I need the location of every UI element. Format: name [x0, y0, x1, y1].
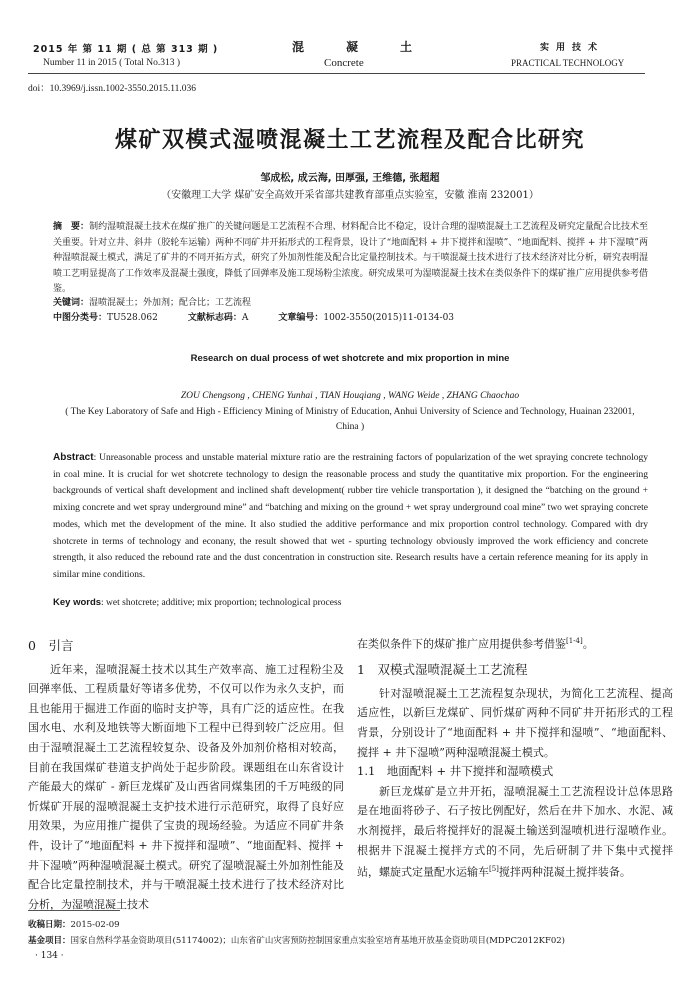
affiliation-zh: （安徽理工大学 煤矿安全高效开采省部共建教育部重点实验室，安徽 淮南 23200…	[0, 186, 700, 201]
citation-ref: [1-4]	[566, 637, 583, 645]
received-value: 2015-02-09	[71, 920, 120, 930]
section-1-1-text-end: 搅拌两种混凝土搅拌装备。	[499, 866, 631, 879]
keywords-en-label: Key words	[53, 597, 101, 608]
doc-code: 文献标志码：A	[188, 310, 249, 323]
intro-cont-text: 在类似条件下的煤矿推广应用提供参考借鉴	[357, 638, 566, 651]
body-left-column: 0 引言 近年来，湿喷混凝土技术以其生产效率高、施工过程粉尘及回弹率低、工程质量…	[28, 636, 344, 914]
section-1-1-text: 新巨龙煤矿是立井开拓，湿喷混凝土工艺流程设计总体思路是在地面将砂子、石子按比例配…	[357, 785, 673, 879]
journal-char: 混	[292, 38, 304, 55]
article-no-label: 文章编号：	[278, 313, 323, 323]
issue-zh: 2015 年 第 11 期 ( 总 第 313 期 )	[33, 41, 218, 55]
issue-en: Number 11 in 2015 ( Total No.313 )	[43, 58, 180, 68]
received-date: 收稿日期：2015-02-09	[28, 918, 120, 930]
fund-label: 基金项目：	[28, 936, 71, 946]
fund-project: 基金项目：国家自然科学基金资助项目(51174002)；山东省矿山灾害预防控制国…	[28, 934, 565, 946]
fund-value: 国家自然科学基金资助项目(51174002)；山东省矿山灾害预防控制国家重点实验…	[71, 936, 565, 946]
abstract-zh: 摘 要：制约湿喷混凝土技术在煤矿推广的关键问题是工艺流程不合理、材料配合比不稳定…	[53, 220, 648, 298]
keywords-zh-label: 关键词：	[53, 298, 89, 308]
article-no: 文章编号：1002-3550(2015)11-0134-03	[278, 310, 454, 323]
intro-paragraph: 近年来，湿喷混凝土技术以其生产效率高、施工过程粉尘及回弹率低、工程质量好等诸多优…	[28, 660, 344, 915]
abstract-en: Abstract: Unreasonable process and unsta…	[53, 450, 648, 584]
clc-label: 中图分类号：	[53, 313, 107, 323]
doi: doi：10.3969/j.issn.1002-3550.2015.11.036	[28, 80, 196, 94]
received-label: 收稿日期：	[28, 920, 71, 930]
keywords-zh-text: 湿喷混凝土；外加剂；配合比；工艺流程	[89, 298, 251, 308]
keywords-zh: 关键词：湿喷混凝土；外加剂；配合比；工艺流程	[53, 295, 251, 308]
paper-title-en: Research on dual process of wet shotcret…	[0, 353, 700, 364]
keywords-en: Key words: wet shotcrete; additive; mix …	[53, 597, 341, 608]
body-right-column: 在类似条件下的煤矿推广应用提供参考借鉴[1-4]。 1 双模式湿喷混凝土工艺流程…	[357, 632, 673, 882]
paper-title-zh: 煤矿双模式湿喷混凝土工艺流程及配合比研究	[0, 123, 700, 154]
section-1-paragraph: 针对湿喷混凝土工艺流程复杂现状，为简化工艺流程、提高适应性，以新巨龙煤矿、同忻煤…	[357, 684, 673, 762]
journal-char: 土	[400, 38, 412, 55]
journal-char: 凝	[346, 38, 358, 55]
keywords-en-text: : wet shotcrete; additive; mix proportio…	[101, 598, 341, 608]
page-number: · 134 ·	[35, 951, 64, 961]
intro-cont-end: 。	[583, 638, 594, 651]
journal-name-zh: 混 凝 土	[292, 38, 412, 55]
doc-code-label: 文献标志码：	[188, 313, 242, 323]
article-no-value: 1002-3550(2015)11-0134-03	[323, 313, 454, 323]
intro-paragraph-continued: 在类似条件下的煤矿推广应用提供参考借鉴[1-4]。	[357, 632, 673, 654]
header-rule	[28, 73, 645, 74]
authors-zh: 邹成松, 成云海, 田厚强, 王维德, 张超超	[0, 169, 700, 184]
clc: 中图分类号：TU528.062	[53, 310, 158, 323]
section-1-heading: 1 双模式湿喷混凝土工艺流程	[357, 660, 673, 680]
abstract-zh-text: 制约湿喷混凝土技术在煤矿推广的关键问题是工艺流程不合理、材料配合比不稳定，设计合…	[53, 222, 648, 294]
journal-name-en: Concrete	[324, 57, 364, 69]
footnote-rule	[28, 910, 120, 911]
classification-row: 中图分类号：TU528.062 文献标志码：A 文章编号：1002-3550(2…	[53, 310, 454, 323]
abstract-en-text: : Unreasonable process and unstable mate…	[53, 453, 648, 580]
authors-en: ZOU Chengsong , CHENG Yunhai , TIAN Houq…	[0, 391, 700, 401]
section-zh: 实用技术	[540, 40, 604, 53]
affiliation-en: ( The Key Laboratory of Safe and High - …	[60, 405, 640, 435]
abstract-zh-label: 摘 要：	[53, 222, 89, 232]
section-1-1-paragraph: 新巨龙煤矿是立井开拓，湿喷混凝土工艺流程设计总体思路是在地面将砂子、石子按比例配…	[357, 782, 673, 883]
section-1-1-heading: 1.1 地面配料 + 井下搅拌和湿喷模式	[357, 762, 673, 782]
section-0-heading: 0 引言	[28, 636, 344, 656]
clc-value: TU528.062	[107, 313, 158, 323]
citation-ref: [5]	[489, 865, 499, 873]
section-en: PRACTICAL TECHNOLOGY	[511, 58, 624, 68]
doc-code-value: A	[242, 313, 249, 323]
abstract-en-label: Abstract	[53, 452, 94, 463]
